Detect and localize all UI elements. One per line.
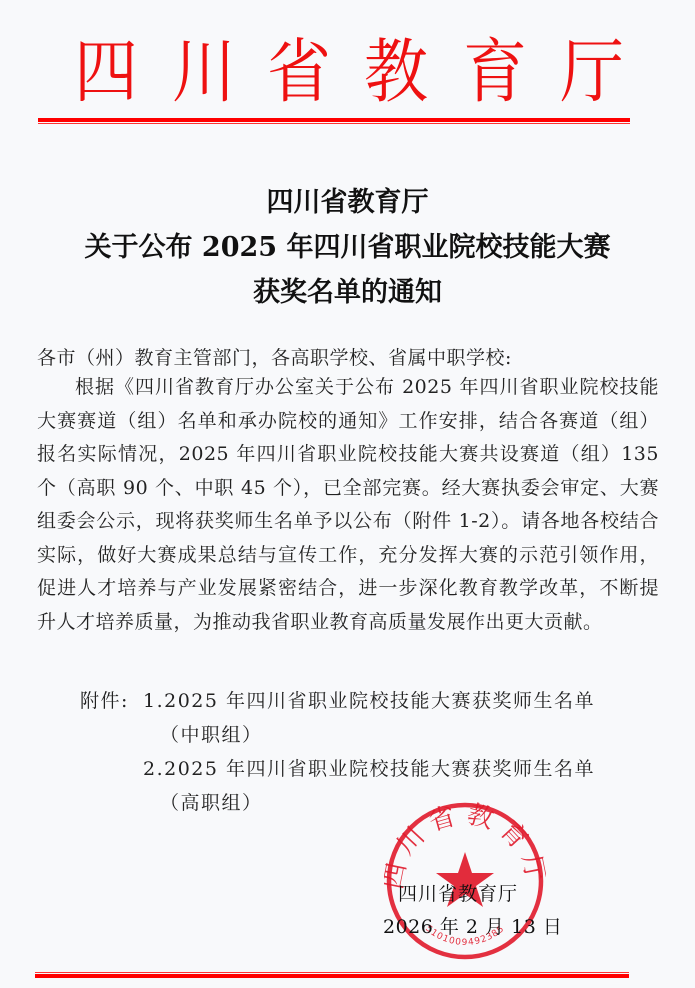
attachment-1-title: 1.2025 年四川省职业院校技能大赛获奖师生名单 — [143, 689, 595, 713]
attachments-label: 附件: — [80, 689, 129, 713]
attachment-2-group: （高职组） — [160, 791, 263, 815]
attachment-2-title: 2.2025 年四川省职业院校技能大赛获奖师生名单 — [143, 757, 595, 781]
masthead-char: 育 — [463, 35, 527, 111]
document-title-main: 关于公布 2025 年四川省职业院校技能大赛 — [0, 231, 695, 265]
body-text: 根据《四川省教育厅办公室关于公布 2025 年四川省职业院校技能大赛赛道（组）名… — [37, 371, 659, 639]
signature-issuer: 四川省教育厅 — [398, 882, 518, 906]
footer-rule — [35, 974, 629, 978]
document-title-sub: 获奖名单的通知 — [0, 276, 695, 310]
header-rule-thin — [38, 123, 630, 124]
header-rule — [38, 118, 630, 122]
footer-rule-thin — [35, 972, 629, 973]
masthead-char: 四 — [74, 35, 138, 111]
masthead-char: 教 — [364, 35, 428, 111]
attachment-1-group: （中职组） — [160, 723, 263, 747]
masthead-char: 川 — [172, 35, 236, 111]
body-paragraph: 根据《四川省教育厅办公室关于公布 2025 年四川省职业院校技能大赛赛道（组）名… — [37, 371, 659, 639]
masthead: 四 川 省 教 育 厅 — [0, 38, 695, 108]
masthead-char: 厅 — [560, 35, 624, 111]
salutation: 各市（州）教育主管部门，各高职学校、省属中职学校: — [37, 346, 512, 370]
signature-date: 2026 年 2 月 13 日 — [383, 915, 562, 939]
masthead-char: 省 — [267, 35, 331, 111]
document-title-issuer: 四川省教育厅 — [0, 186, 695, 220]
